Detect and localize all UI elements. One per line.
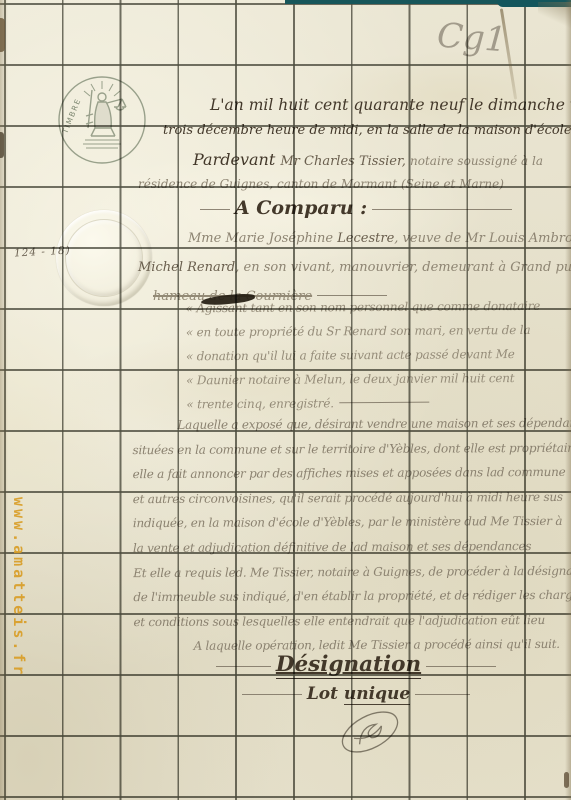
- manuscript-line: « donation qu'il lui a faite suivant act…: [186, 347, 571, 374]
- text-segment: et conditions sous lesquelles elle enten…: [133, 613, 545, 629]
- ruled-line: [242, 694, 302, 695]
- manuscript-line: Mme Marie Joséphine Lecestre, veuve de M…: [188, 231, 571, 260]
- manuscript-text: L'an mil huit cent quarante neuf le dima…: [0, 0, 571, 800]
- text-segment: , veuve de Mr Louis Ambroise: [394, 231, 571, 246]
- ruled-line: [415, 694, 470, 695]
- manuscript-line: et conditions sous lesquelles elle enten…: [133, 613, 571, 640]
- comparu-heading: A Comparu :: [138, 197, 571, 219]
- ruled-line: [339, 401, 429, 403]
- manuscript-line: de l'immeuble sus indiqué, d'en établir …: [133, 588, 571, 615]
- text-segment: la vente et adjudication définitive de l…: [133, 539, 531, 555]
- quoted-clauses: « Agissant tant en son nom personnel que…: [186, 299, 571, 422]
- ruled-line: [372, 209, 512, 210]
- manuscript-line: la vente et adjudication définitive de l…: [133, 539, 571, 566]
- manuscript-line: Pardevant Mr Charles Tissier, notaire so…: [193, 150, 571, 177]
- text-segment: « en toute propriété du Sr Renard son ma…: [186, 323, 531, 339]
- manuscript-line: L'an mil huit cent quarante neuf le dima…: [210, 96, 571, 123]
- ruled-line: [216, 666, 271, 667]
- text-segment: Mr Charles Tissier,: [280, 154, 410, 169]
- text-segment: Désignation: [276, 652, 421, 679]
- manuscript-line: Michel Renard, en son vivant, manouvrier…: [138, 260, 571, 289]
- manuscript-line: elle a fait annoncer par des affiches mi…: [133, 465, 571, 492]
- text-segment: Laquelle a exposé que, désirant vendre u…: [177, 416, 571, 432]
- manuscript-line: Et elle a requis led. Me Tissier, notair…: [133, 563, 571, 590]
- manuscript-line: Désignation: [138, 652, 571, 677]
- text-segment: elle a fait annoncer par des affiches mi…: [133, 465, 566, 481]
- text-segment: résidence de Guignes, canton de Mormant …: [138, 177, 504, 191]
- text-segment: trois décembre heure de midi, en la sall…: [163, 123, 571, 138]
- manuscript-line: Laquelle a exposé que, désirant vendre u…: [177, 416, 571, 443]
- ruled-line: [317, 295, 387, 296]
- text-segment: et autres circonvoisines, qu'il serait p…: [133, 490, 563, 506]
- text-segment: Mme Marie Joséphine: [188, 231, 337, 246]
- designation-heading: Désignation: [138, 652, 571, 677]
- manuscript-line: « Daunier notaire à Melun, le deux janvi…: [186, 371, 571, 398]
- text-segment: , en son vivant, manouvrier, demeurant à…: [235, 260, 571, 275]
- manuscript-line: situées en la commune et sur le territoi…: [132, 440, 571, 467]
- bottom-right-spot: [564, 772, 569, 788]
- manuscript-line: et autres circonvoisines, qu'il serait p…: [133, 490, 571, 517]
- scanned-notarial-deed: TIMBRE 124 - 18) Cg1 L'an mil huit cent …: [0, 0, 571, 800]
- text-segment: « trente cinq, enregistré.: [186, 396, 334, 411]
- manuscript-line: « en toute propriété du Sr Renard son ma…: [186, 323, 571, 350]
- ruled-line: [200, 209, 230, 210]
- body-paragraph: Laquelle a exposé que, désirant vendre u…: [132, 416, 571, 664]
- left-edge-mark-1: [0, 18, 5, 52]
- text-segment: A laquelle opération, ledit Me Tissier a…: [194, 637, 560, 653]
- notary-paraph-icon: [325, 700, 415, 764]
- text-segment: A Comparu :: [235, 197, 367, 219]
- text-segment: Pardevant: [193, 150, 280, 169]
- text-segment: indiquée, en la maison d'école d'Yèbles,…: [133, 514, 562, 530]
- left-edge-shadow: [0, 0, 8, 800]
- manuscript-line: « Agissant tant en son nom personnel que…: [186, 299, 571, 326]
- opening-paragraph: L'an mil huit cent quarante neuf le dima…: [138, 96, 571, 204]
- text-segment: situées en la commune et sur le territoi…: [132, 440, 571, 456]
- ruled-line: [426, 666, 496, 667]
- manuscript-line: indiquée, en la maison d'école d'Yèbles,…: [133, 514, 571, 541]
- text-segment: de l'immeuble sus indiqué, d'en établir …: [133, 588, 571, 604]
- watermark: www.amatteis.fr: [10, 497, 28, 722]
- text-segment: Lecestre: [337, 231, 394, 246]
- text-segment: Michel Renard: [138, 260, 235, 275]
- text-segment: « donation qu'il lui a faite suivant act…: [186, 347, 515, 363]
- text-segment: « Daunier notaire à Melun, le deux janvi…: [186, 371, 514, 387]
- manuscript-line: trois décembre heure de midi, en la sall…: [163, 123, 571, 150]
- text-segment: notaire soussigné à la: [410, 154, 543, 168]
- text-segment: Et elle a requis led. Me Tissier, notair…: [133, 563, 571, 579]
- left-edge-mark-2: [0, 132, 4, 158]
- right-edge-shadow: [565, 0, 571, 800]
- manuscript-line: A Comparu :: [138, 197, 571, 219]
